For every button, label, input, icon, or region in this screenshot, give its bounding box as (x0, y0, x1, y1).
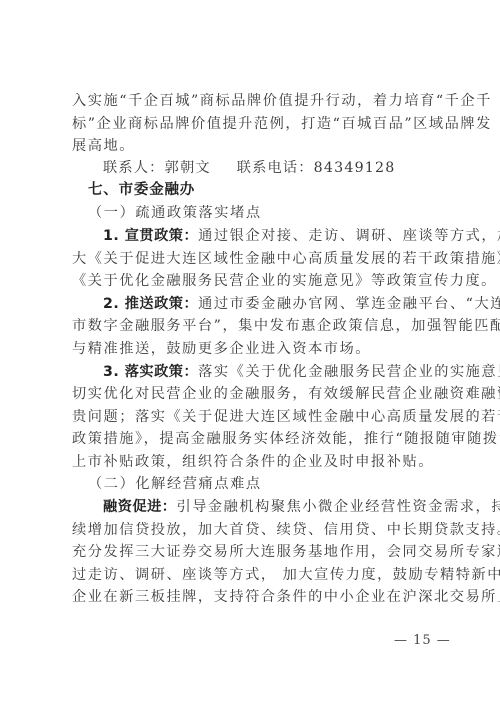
paragraph-line: 续增加信贷投放，加大首贷、续贷、信用贷、中长期贷款支持。 (72, 522, 440, 538)
paragraph-line: 贵问题；落实《关于促进大连区域性金融中心高质量发展的若干 (72, 409, 440, 425)
paragraph-line: 切实优化对民营企业的金融服务，有效缓解民营企业融资难融资 (72, 386, 440, 402)
paragraph-line: 展高地。 (72, 138, 440, 154)
contact-person: 联系人：郭朝文 (103, 160, 211, 176)
paragraph-line: 标”企业商标品牌价值提升范例，打造“百城百品”区域品牌发 (72, 116, 440, 132)
item-first-line: 1. 宣贯政策：通过银企对接、走访、调研、座谈等方式，加 (103, 228, 440, 244)
section-heading: 七、市委金融办 (88, 182, 456, 198)
paragraph-line: 政策措施》，提高金融服务实体经济效能，推行“随报随审随拨” (72, 431, 440, 447)
item-text: 引导金融机构聚焦小微企业经营性资金需求，持 (176, 499, 500, 515)
item-title: 融资促进： (103, 499, 176, 515)
item-text: 通过市委金融办官网、掌连金融平台、“大连 (198, 296, 500, 312)
item-title: 1. 宣贯政策： (103, 228, 198, 244)
paragraph-line: 市数字金融服务平台”，集中发布惠企政策信息，加强智能匹配 (72, 318, 440, 334)
paragraph-line: 大《关于促进大连区域性金融中心高质量发展的若干政策措施》 (72, 251, 440, 267)
paragraph-line: 入实施“千企百城”商标品牌价值提升行动，着力培育“千企千 (72, 93, 440, 109)
contact-line: 联系人：郭朝文联系电话：84349128 (103, 160, 471, 176)
item-title: 3. 落实政策： (103, 364, 198, 380)
paragraph-line: 《关于优化金融服务民营企业的实施意见》等政策宣传力度。 (72, 273, 440, 289)
contact-phone: 联系电话：84349128 (237, 160, 396, 176)
subsection-heading: （一）疏通政策落实堵点 (88, 205, 456, 221)
item-first-line: 2. 推送政策：通过市委金融办官网、掌连金融平台、“大连 (103, 296, 440, 312)
page-number: — 15 — (394, 633, 451, 648)
paragraph-line: 与精准推送，鼓励更多企业进入资本市场。 (72, 341, 440, 357)
item-first-line: 3. 落实政策：落实《关于优化金融服务民营企业的实施意见》， (103, 364, 440, 380)
paragraph-line: 上市补贴政策，组织符合条件的企业及时申报补贴。 (72, 454, 440, 470)
document-page: 入实施“千企百城”商标品牌价值提升行动，着力培育“千企千 标”企业商标品牌价值提… (0, 0, 500, 707)
paragraph-line: 充分发挥三大证券交易所大连服务基地作用，会同交易所专家通 (72, 544, 440, 560)
subsection-heading: （二）化解经营痛点难点 (88, 476, 456, 492)
paragraph-line: 企业在新三板挂牌，支持符合条件的中小企业在沪深北交易所上 (72, 589, 440, 605)
item-first-line: 融资促进：引导金融机构聚焦小微企业经营性资金需求，持 (103, 499, 440, 515)
item-text: 落实《关于优化金融服务民营企业的实施意见》， (198, 364, 500, 380)
item-text: 通过银企对接、走访、调研、座谈等方式，加 (198, 228, 500, 244)
item-title: 2. 推送政策： (103, 296, 198, 312)
paragraph-line: 过走访、调研、座谈等方式， 加大宣传力度，鼓励专精特新中小 (72, 567, 440, 583)
